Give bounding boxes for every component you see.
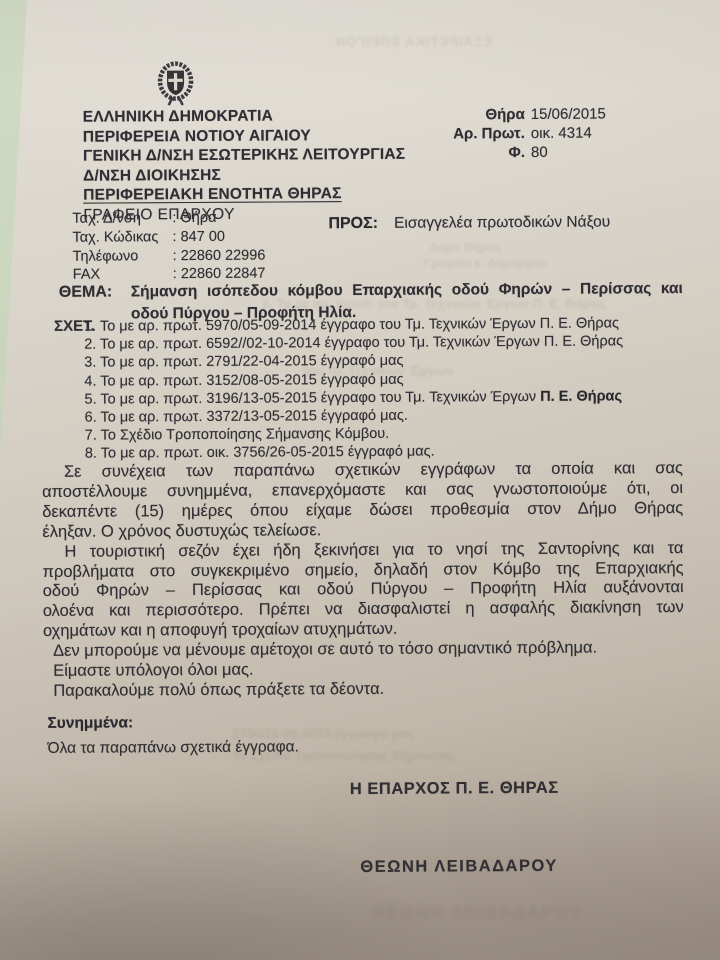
- reference-text: 2. Το με αρ. πρωτ. 6592//02-10-2014 έγγρ…: [84, 334, 623, 353]
- file-label: Φ.: [451, 143, 525, 162]
- body-line: Δεν μπορούμε να μένουμε αμέτοχοι σε αυτό…: [43, 638, 684, 662]
- issuing-authority-block: ΕΛΛΗΝΙΚΗ ΔΗΜΟΚΡΑΤΙΑ ΠΕΡΙΦΕΡΕΙΑ ΝΟΤΙΟΥ ΑΙ…: [83, 106, 406, 225]
- org-line: ΓΕΝΙΚΗ Δ/ΝΣΗ ΕΣΩΤΕΡΙΚΗΣ ΛΕΙΤΟΥΡΓΙΑΣ: [83, 145, 405, 166]
- regional-unit-name: ΠΕΡΙΦΕΡΕΙΑΚΗ ΕΝΟΤΗΤΑ ΘΗΡΑΣ: [83, 184, 405, 205]
- recipient-value: Εισαγγελέα πρωτοδικών Νάξου: [394, 213, 610, 231]
- contact-row: Τηλέφωνο : 22860 22996: [73, 246, 266, 266]
- attachments-text: Όλα τα παραπάνω σχετικά έγγραφα.: [48, 734, 299, 761]
- subject-label: ΘΕΜΑ:: [59, 282, 112, 304]
- reference-text: 8. Το με αρ. πρωτ. οικ. 3756/26-05-2015 …: [85, 444, 435, 462]
- reference-item: 5. Το με αρ. πρωτ. 3196/13-05-2015 έγγρα…: [84, 387, 674, 409]
- greek-coat-of-arms-icon: [152, 57, 198, 109]
- org-line: ΠΕΡΙΦΕΡΕΙΑ ΝΟΤΙΟΥ ΑΙΓΑΙΟΥ: [83, 125, 405, 146]
- file-value: 80: [531, 142, 606, 161]
- date-value: 15/06/2015: [531, 104, 606, 123]
- references-label: ΣΧΕΤ.: [54, 318, 95, 336]
- protocol-label: Αρ. Πρωτ.: [451, 124, 525, 143]
- reference-text: 7. Το Σχέδιο Τροποποίησης Σήμανσης Κόμβο…: [85, 426, 390, 444]
- recipient-line: ΠΡΟΣ:Εισαγγελέα πρωτοδικών Νάξου: [328, 213, 610, 233]
- document-photo: ΕΞΑΙΡΕΤΙΚΑ ΕΠΕΙΓΟΝ Δήμο Θήρας Γραφείο κ.…: [0, 0, 720, 960]
- subject-text: Σήμανση ισόπεδου κόμβου Επαρχιακής οδού …: [131, 278, 683, 303]
- protocol-value: οικ. 4314: [531, 123, 606, 142]
- reference-text: 1. Το με αρ. πρωτ. 5970/05-09-2014 έγγρα…: [84, 315, 619, 334]
- contact-label: Ταχ. Δ/νση: [72, 209, 172, 228]
- body-line: Παρακαλούμε πολύ όπως πράξετε τα δέοντα.: [43, 678, 684, 702]
- attachments-label: Συνημμένα:: [47, 714, 133, 732]
- body-line: δεκαπέντε (15) ημέρες όπου είχαμε δώσει …: [42, 499, 683, 523]
- protocol-line: Αρ. Πρωτ. οικ. 4314: [451, 123, 606, 143]
- contact-label: Ταχ. Κώδικας: [72, 228, 172, 247]
- recipient-label: ΠΡΟΣ:: [328, 215, 378, 232]
- contact-row: Ταχ. Κώδικας : 847 00: [72, 227, 265, 247]
- attachments-block: Συνημμένα: Όλα τα παραπάνω σχετικά έγγρα…: [47, 709, 299, 761]
- place-label: Θήρα: [451, 105, 525, 124]
- reference-text-bold: Π. Ε. Θήρας: [540, 388, 622, 404]
- signature-title: Η ΕΠΑΡΧΟΣ Π. Ε. ΘΗΡΑΣ: [350, 779, 559, 799]
- reference-text: 3. Το με αρ. πρωτ. 2791/22-04-2015 έγγρα…: [84, 353, 403, 371]
- reference-text: 4. Το με αρ. πρωτ. 3152/08-05-2015 έγγρα…: [84, 371, 403, 389]
- reference-text: 6. Το με αρ. πρωτ. 3372/13-05-2015 έγγρα…: [85, 408, 408, 426]
- signature-name: ΘΕΩΝΗ ΛΕΙΒΑΔΑΡΟΥ: [360, 857, 558, 877]
- org-line: ΕΛΛΗΝΙΚΗ ΔΗΜΟΚΡΑΤΙΑ: [83, 106, 405, 127]
- reference-text: 5. Το με αρ. πρωτ. 3196/13-05-2015 έγγρα…: [84, 389, 540, 408]
- contact-block: Ταχ. Δ/νση : Θήρα Ταχ. Κώδικας : 847 00 …: [72, 209, 265, 285]
- references-block: ΣΧΕΤ. 1. Το με αρ. πρωτ. 5970/05-09-2014…: [54, 314, 675, 463]
- file-line: Φ. 80: [451, 142, 606, 162]
- contact-label: Τηλέφωνο: [73, 247, 173, 266]
- contact-row: Ταχ. Δ/νση : Θήρα: [72, 209, 265, 229]
- contact-value: : Θήρα: [172, 209, 265, 228]
- contact-value: : 22860 22996: [173, 246, 266, 265]
- date-line: Θήρα 15/06/2015: [451, 104, 606, 124]
- letter-content: ΕΛΛΗΝΙΚΗ ΔΗΜΟΚΡΑΤΙΑ ΠΕΡΙΦΕΡΕΙΑ ΝΟΤΙΟΥ ΑΙ…: [0, 0, 720, 960]
- body-line: ολοένα και περισσότερο. Πρέπει να διασφα…: [43, 598, 684, 622]
- protocol-block: Θήρα 15/06/2015 Αρ. Πρωτ. οικ. 4314 Φ. 8…: [451, 104, 606, 162]
- letter-body: Σε συνέχεια των παραπάνω σχετικών εγγράφ…: [42, 459, 684, 702]
- org-line: Δ/ΝΣΗ ΔΙΟΙΚΗΣΗΣ: [83, 164, 405, 185]
- contact-value: : 847 00: [172, 227, 265, 246]
